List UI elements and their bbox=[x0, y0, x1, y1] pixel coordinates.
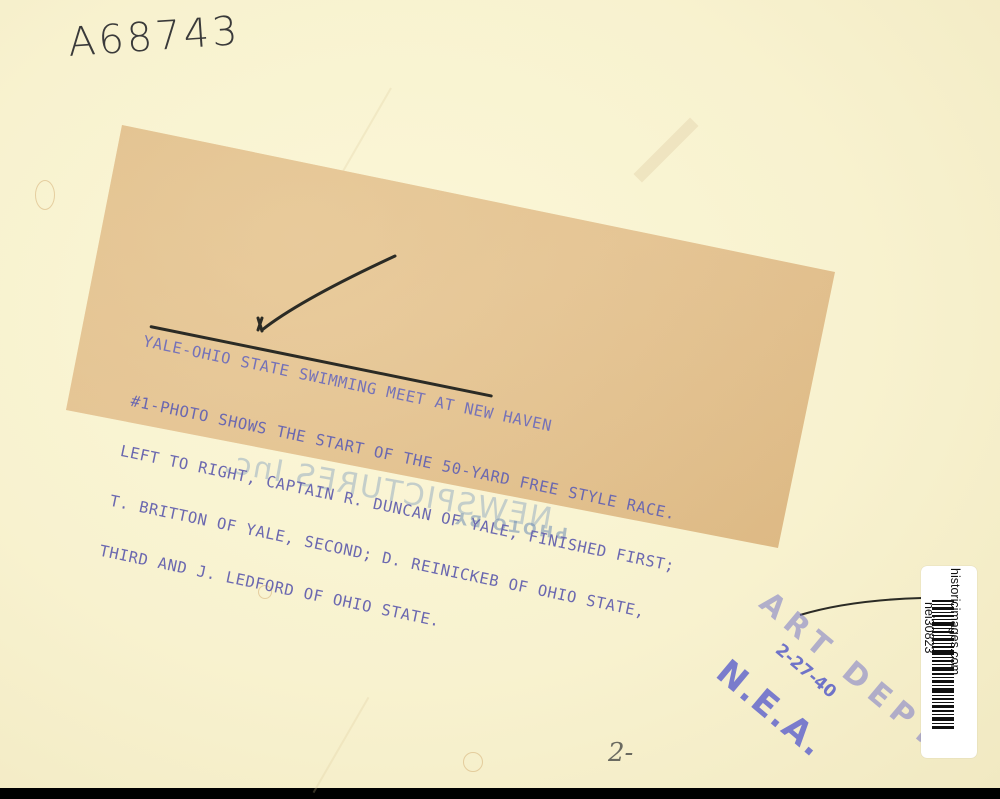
handwritten-page-mark: 2- bbox=[608, 738, 633, 768]
barcode-site-label: historicimages.com bbox=[948, 568, 962, 675]
barcode-item-id: nei30823 bbox=[922, 602, 936, 653]
